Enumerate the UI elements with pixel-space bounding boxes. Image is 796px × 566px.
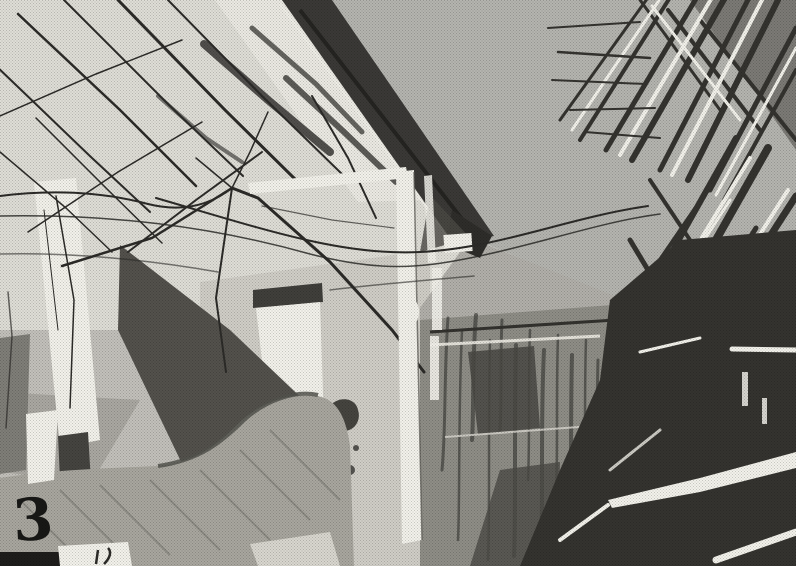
halftone-dither-overlay [0,0,796,566]
photo-illustration: 3 [0,0,796,566]
scanned-photo: 3 [0,0,796,566]
